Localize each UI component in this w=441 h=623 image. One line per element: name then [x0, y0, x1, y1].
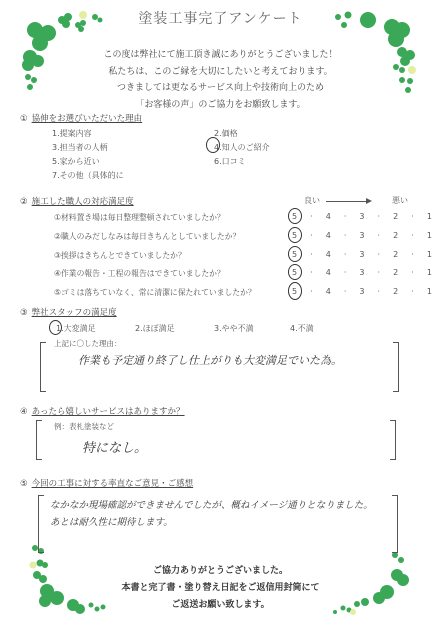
intro-line: 「お客様の声」のご協力をお願致します。	[0, 97, 441, 114]
rating-3[interactable]: 3	[359, 212, 364, 221]
section1-option-5[interactable]: 5.家から近い	[52, 156, 100, 167]
rating-question-3: ③挨拶はきちんとできていましたか？	[54, 250, 186, 261]
scale-bad-label: 悪い	[392, 195, 408, 206]
rating-scale-row-3[interactable]: 5· 4· 3· 2· 1	[292, 250, 432, 259]
rating-4[interactable]: 4	[326, 250, 331, 259]
section2-title: ②施工した職人の対応満足度	[20, 195, 134, 207]
scale-good-label: 良い	[304, 195, 320, 206]
reason-label: 上記に〇した理由：	[54, 338, 122, 349]
selection-circle	[288, 264, 302, 280]
rating-1[interactable]: 1	[427, 212, 432, 221]
rating-scale-row-2[interactable]: 5· 4· 3· 2· 1	[292, 231, 432, 240]
footer-line: 本書と完了書・塗り替え日記をご返信用封筒にて	[0, 580, 441, 597]
feedback-answer-line-1[interactable]: なかなか現場確認ができませんでしたが、概ねイメージ通りとなりました。	[50, 497, 373, 511]
intro-line: この度は弊社にて施工頂き誠にありがとうございました！	[0, 47, 441, 64]
rating-4[interactable]: 4	[326, 212, 331, 221]
rating-1[interactable]: 1	[427, 231, 432, 240]
selection-circle	[288, 246, 302, 262]
section1-option-4[interactable]: 4.知人のご紹介	[214, 142, 270, 153]
section1-option-3[interactable]: 3.担当者の人柄	[52, 142, 108, 153]
section-heading: 弊社スタッフの満足度	[32, 308, 117, 318]
footer-line: ご返送お願い致します。	[0, 597, 441, 614]
section5-title: ⑤今回の工事に対する率直なご意見・ご感想	[20, 477, 193, 489]
section3-title: ③弊社スタッフの満足度	[20, 306, 117, 318]
section-heading: 今回の工事に対する率直なご意見・ご感想	[32, 479, 194, 489]
rating-4[interactable]: 4	[326, 287, 331, 296]
reason-answer-field[interactable]: 作業も予定通り終了し仕上がりも大変満足でいた為。	[78, 352, 342, 368]
selection-circle	[288, 208, 302, 224]
rating-question-4: ④作業の報告・工程の報告はできていましたか？	[54, 268, 225, 279]
section3-option-3[interactable]: 3.やや不満	[214, 323, 254, 334]
service-example: 例：表札塗装など	[54, 421, 114, 432]
scale-arrow-icon	[326, 201, 368, 202]
rating-1[interactable]: 1	[427, 287, 432, 296]
intro-line: つきましては更なるサービス向上や技術向上のため	[0, 80, 441, 97]
bracket-left	[38, 495, 44, 553]
rating-2[interactable]: 2	[393, 231, 398, 240]
footer-message: ご協力ありがとうございました。 本書と完了書・塗り替え日記をご返信用封筒にて ご…	[0, 563, 441, 614]
rating-2[interactable]: 2	[393, 268, 398, 277]
page-title: 塗装工事完了アンケート	[0, 8, 441, 28]
feedback-answer-line-2[interactable]: あとは耐久性に期待します。	[50, 514, 173, 528]
footer-line: ご協力ありがとうございました。	[0, 563, 441, 580]
section1-option-2[interactable]: 2.価格	[214, 128, 238, 139]
rating-1[interactable]: 1	[427, 268, 432, 277]
selection-circle	[288, 227, 302, 243]
bracket-left	[36, 420, 42, 460]
rating-scale-row-1[interactable]: 5· 4· 3· 2· 1	[292, 212, 432, 221]
section1-option-7[interactable]: 7.その他（具体的に	[52, 170, 124, 181]
bracket-right	[392, 495, 398, 553]
bracket-right	[390, 420, 396, 460]
rating-3[interactable]: 3	[359, 250, 364, 259]
rating-3[interactable]: 3	[359, 231, 364, 240]
service-answer-field[interactable]: 特になし。	[82, 437, 147, 456]
rating-scale-row-5[interactable]: 5· 4· 3· 2· 1	[292, 287, 432, 296]
rating-question-5: ⑤ゴミは落ちていなく、常に清潔に保たれていましたか？	[54, 287, 256, 298]
bracket-right	[393, 342, 399, 392]
section1-option-6[interactable]: 6.口コミ	[214, 156, 246, 167]
section4-title: ④あったら嬉しいサービスはありますか？	[20, 405, 185, 417]
rating-3[interactable]: 3	[359, 268, 364, 277]
rating-1[interactable]: 1	[427, 250, 432, 259]
section-number: ③	[20, 308, 28, 318]
section1-title: ①協伸をお選びいただいた理由	[20, 112, 142, 124]
section-heading: 施工した職人の対応満足度	[32, 197, 134, 207]
rating-2[interactable]: 2	[393, 287, 398, 296]
section3-option-4[interactable]: 4.不満	[290, 323, 314, 334]
rating-question-2: ②職人のみだしなみは毎日きちんとしていましたか？	[54, 231, 240, 242]
rating-3[interactable]: 3	[359, 287, 364, 296]
rating-question-1: ①材料置き場は毎日整理整頓されていましたか？	[54, 212, 225, 223]
rating-2[interactable]: 2	[393, 250, 398, 259]
rating-scale-row-4[interactable]: 5· 4· 3· 2· 1	[292, 268, 432, 277]
rating-2[interactable]: 2	[393, 212, 398, 221]
bracket-left	[40, 342, 46, 392]
section-number: ②	[20, 197, 28, 207]
section3-option-2[interactable]: 2.ほぼ満足	[135, 323, 175, 334]
rating-4[interactable]: 4	[326, 268, 331, 277]
section-number: ⑤	[20, 479, 28, 489]
intro-text: この度は弊社にて施工頂き誠にありがとうございました！ 私たちは、このご縁を大切に…	[0, 47, 441, 113]
selection-circle	[288, 282, 302, 300]
section1-option-1[interactable]: 1.提案内容	[52, 128, 92, 139]
intro-line: 私たちは、このご縁を大切にしたいと考えております。	[0, 64, 441, 81]
section-heading: あったら嬉しいサービスはありますか？	[32, 407, 185, 417]
section-number: ④	[20, 407, 28, 417]
scale-arrowhead-icon	[366, 198, 372, 204]
section3-option-1[interactable]: 1.大変満足	[56, 323, 96, 334]
section-number: ①	[20, 114, 28, 124]
rating-4[interactable]: 4	[326, 231, 331, 240]
section-heading: 協伸をお選びいただいた理由	[32, 114, 143, 124]
